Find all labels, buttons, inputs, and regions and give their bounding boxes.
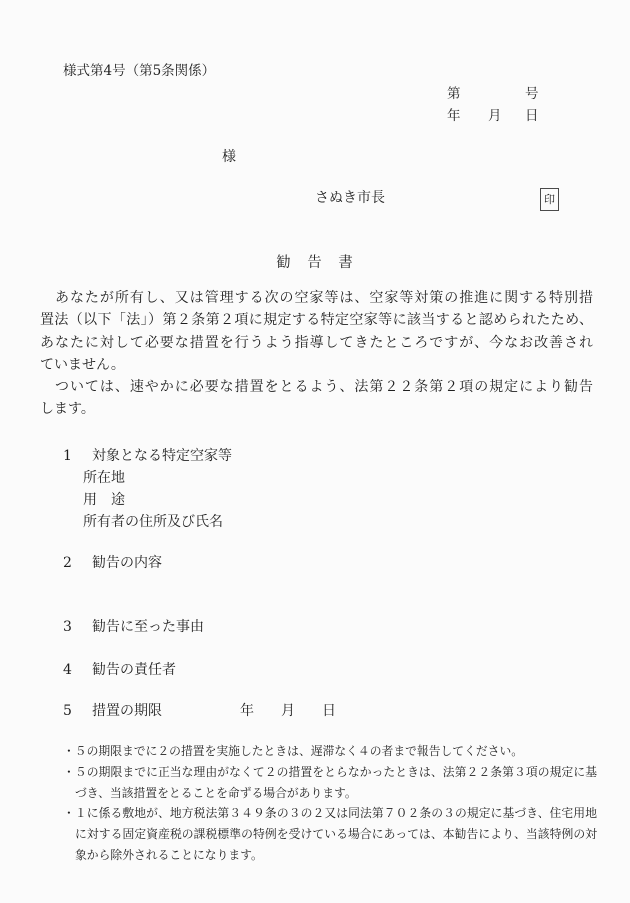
- section-number: 2: [63, 555, 92, 573]
- seal-box: 印: [540, 188, 559, 211]
- note-line: ・５の期限までに正当な理由がなくて２の措置をとらなかったときは、法第２２条第３項…: [63, 762, 597, 783]
- paragraph-line: あなたに対して必要な措置を行うよう指導してきたところですが、今なお改善され: [40, 332, 593, 354]
- deadline-month-label: 月: [281, 703, 295, 721]
- note-line: ・１に係る敷地が、地方税法第３４９条の３の２又は同法第７０２条の３の規定に基づき…: [63, 803, 597, 824]
- section-label: 勧告の内容: [92, 555, 162, 573]
- section-5: 5 措置の期限: [63, 703, 162, 721]
- section-number: 5: [63, 703, 92, 721]
- date-day-label: 日: [525, 108, 539, 125]
- note-line: ・５の期限までに２の措置を実施したときは、遅滞なく４の者まで報告してください。: [63, 741, 597, 762]
- section-4: 4 勧告の責任者: [63, 662, 176, 680]
- note-line: に対する固定資産税の課税標準の特例を受けている場合にあっては、本勧告により、当該…: [63, 824, 597, 845]
- paragraph-line: あなたが所有し、又は管理する次の空家等は、空家等対策の推進に関する特別措: [40, 287, 593, 309]
- section-label: 勧告の責任者: [92, 662, 176, 680]
- doc-number-prefix: 第: [447, 86, 461, 103]
- section-1-subitem-use: 用 途: [83, 492, 125, 510]
- section-label: 措置の期限: [92, 703, 162, 721]
- form-number: 様式第4号（第5条関係）: [63, 63, 215, 80]
- paragraph-line: します。: [40, 398, 593, 420]
- paragraph-line: ついては、速やかに必要な措置をとるよう、法第２２条第２項の規定により勧告: [40, 376, 593, 398]
- addressee-honorific: 様: [222, 149, 236, 167]
- document-page: 様式第4号（第5条関係） 第 号 年 月 日 様 さぬき市長 印 勧 告 書 あ…: [0, 0, 630, 903]
- section-number: 3: [63, 619, 92, 637]
- document-title: 勧 告 書: [0, 254, 630, 272]
- note-line: づき、当該措置をとることを命ずる場合があります。: [63, 783, 597, 804]
- seal-label: 印: [544, 194, 555, 205]
- section-1-subitem-owner: 所有者の住所及び氏名: [83, 514, 223, 532]
- section-label: 勧告に至った事由: [92, 619, 204, 637]
- deadline-year-label: 年: [240, 703, 254, 721]
- section-2: 2 勧告の内容: [63, 555, 162, 573]
- section-1: 1 対象となる特定空家等: [63, 448, 232, 466]
- note-line: 象から除外されることになります。: [63, 845, 597, 866]
- body-paragraphs: あなたが所有し、又は管理する次の空家等は、空家等対策の推進に関する特別措 置法（…: [40, 287, 593, 421]
- section-3: 3 勧告に至った事由: [63, 619, 204, 637]
- section-1-subitem-location: 所在地: [83, 470, 125, 488]
- paragraph-line: 置法（以下「法」）第２条第２項に規定する特定空家等に該当すると認められたため、: [40, 309, 593, 331]
- sender-name: さぬき市長: [315, 190, 385, 208]
- doc-number-suffix: 号: [525, 86, 539, 103]
- paragraph-line: ていません。: [40, 354, 593, 376]
- date-month-label: 月: [488, 108, 502, 125]
- section-label: 対象となる特定空家等: [92, 448, 232, 466]
- deadline-day-label: 日: [322, 703, 336, 721]
- section-number: 4: [63, 662, 92, 680]
- date-year-label: 年: [447, 108, 461, 125]
- notes-list: ・５の期限までに２の措置を実施したときは、遅滞なく４の者まで報告してください。 …: [63, 741, 597, 866]
- section-number: 1: [63, 448, 92, 466]
